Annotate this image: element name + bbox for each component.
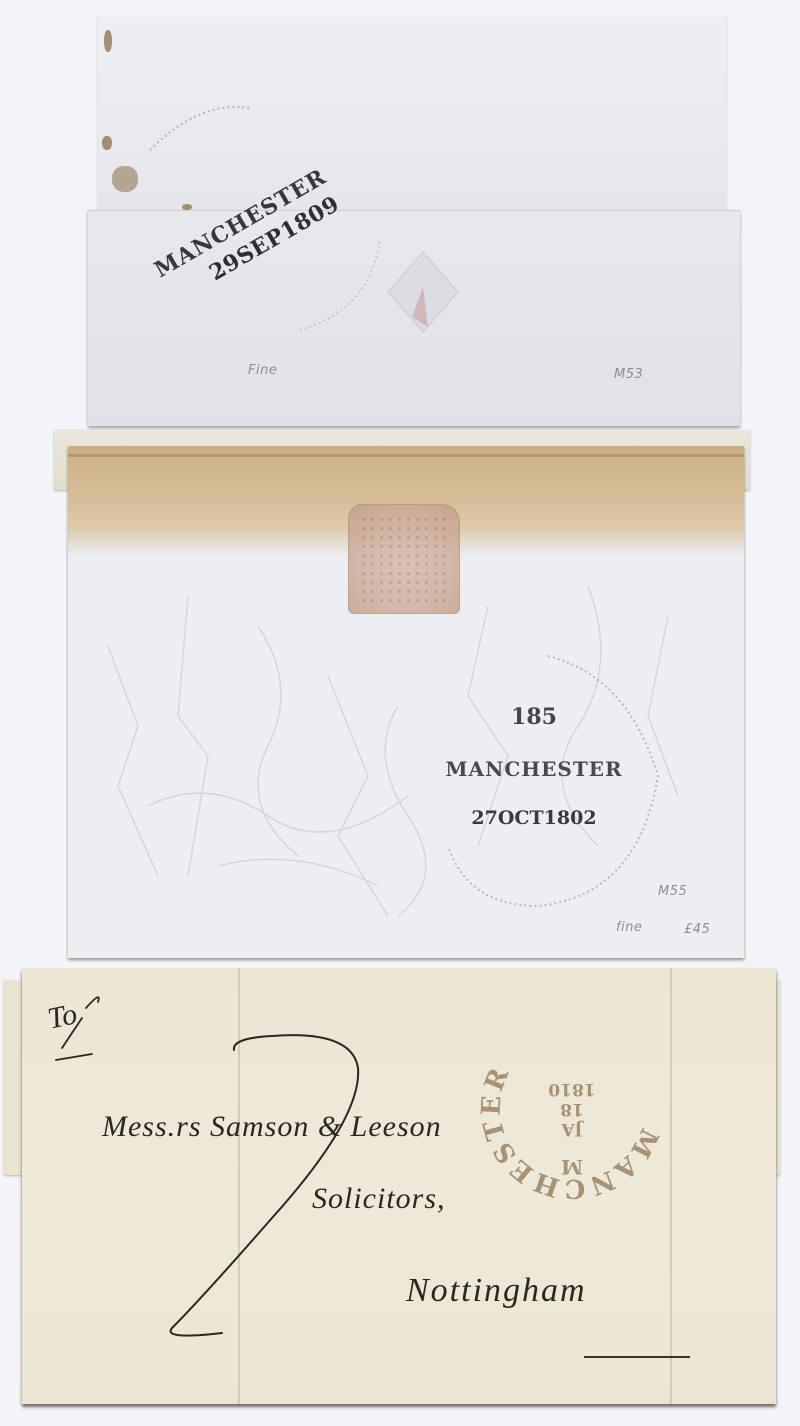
address-profession: Solicitors, [312,1182,446,1216]
address-recipient: Mess.rs Samson & Leeson [102,1110,442,1144]
pencil-note-price: £45 [684,922,710,937]
address-underline [584,1356,690,1358]
letter-3-panel: MANCHESTER JA 18 1810 M To Mess.rs Samso… [22,968,776,1404]
pencil-note-catalogue: M55 [658,884,687,899]
postmark-mileage: 185 [511,704,557,730]
letter-2-postmark: 185 MANCHESTER 27OCT1802 [68,446,744,958]
letter-1-postmark: MANCHESTER 29SEP1809 [0,0,800,430]
address-town: Nottingham [406,1272,587,1310]
letter-2-panel: 185 MANCHESTER 27OCT1802 M55 fine £45 [68,446,744,958]
pencil-note-grade: fine [616,920,642,935]
postmark-date: 27OCT1802 [471,807,596,829]
postmark-town: MANCHESTER [445,757,622,781]
